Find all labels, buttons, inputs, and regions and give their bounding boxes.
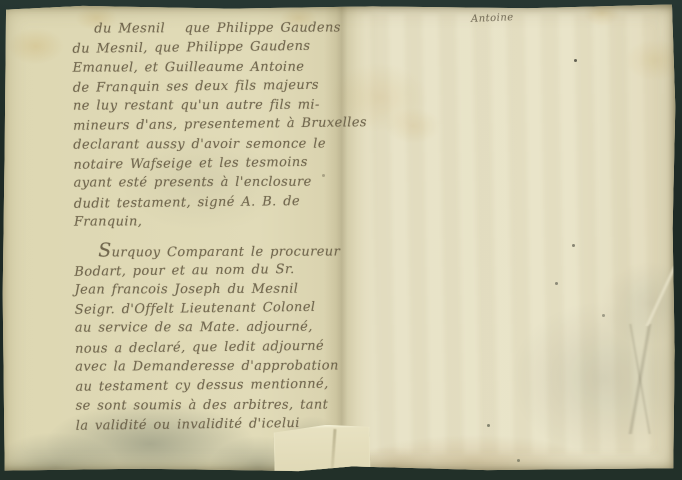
- scanned-document: Antoine du Mesnil que Philippe Gaudens d…: [0, 0, 682, 480]
- manuscript-line: se sont soumis à des arbitres, tant: [76, 395, 362, 416]
- manuscript-line: Franquin,: [74, 211, 360, 232]
- manuscript-line: au service de sa Mate. adjourné,: [75, 318, 361, 339]
- parchment-spread: Antoine du Mesnil que Philippe Gaudens d…: [2, 4, 676, 472]
- manuscript-line: Bodart, pour et au nom du Sr.: [74, 259, 360, 282]
- manuscript-line: du Mesnil que Philippe Gaudens: [94, 18, 358, 38]
- manuscript-line: du Mesnil, que Philippe Gaudens: [72, 37, 358, 60]
- manuscript-line: mineurs d'ans, presentement à Bruxelles: [73, 114, 359, 137]
- manuscript-line: la validité ou invalidité d'icelui: [76, 413, 362, 436]
- right-edge-scratch: [638, 266, 682, 326]
- manuscript-paragraph-1: du Mesnil que Philippe Gaudens du Mesnil…: [72, 18, 360, 233]
- manuscript-paragraph-2: Surquoy Comparant le procureur Bodart, p…: [74, 240, 362, 435]
- page-annotation: Antoine: [471, 12, 514, 25]
- manuscript-text-block: du Mesnil que Philippe Gaudens du Mesnil…: [72, 18, 362, 436]
- ink-specks: [574, 59, 577, 62]
- manuscript-line: declarant aussy d'avoir semonce le: [73, 134, 359, 155]
- manuscript-line: dudit testament, signé A. B. de: [74, 191, 360, 214]
- manuscript-line: nous a declaré, que ledit adjourné: [75, 336, 361, 359]
- right-edge-crease: [614, 324, 666, 434]
- manuscript-line: au testament cy dessus mentionné,: [75, 375, 361, 398]
- manuscript-line: Jean francois Joseph du Mesnil: [75, 279, 361, 300]
- manuscript-line: de Franquin ses deux fils majeurs: [73, 75, 359, 98]
- manuscript-line: Emanuel, et Guilleaume Antoine: [73, 57, 359, 78]
- manuscript-line: ayant esté presents à l'enclosure: [74, 173, 360, 194]
- manuscript-line: Surquoy Comparant le procureur: [98, 241, 360, 261]
